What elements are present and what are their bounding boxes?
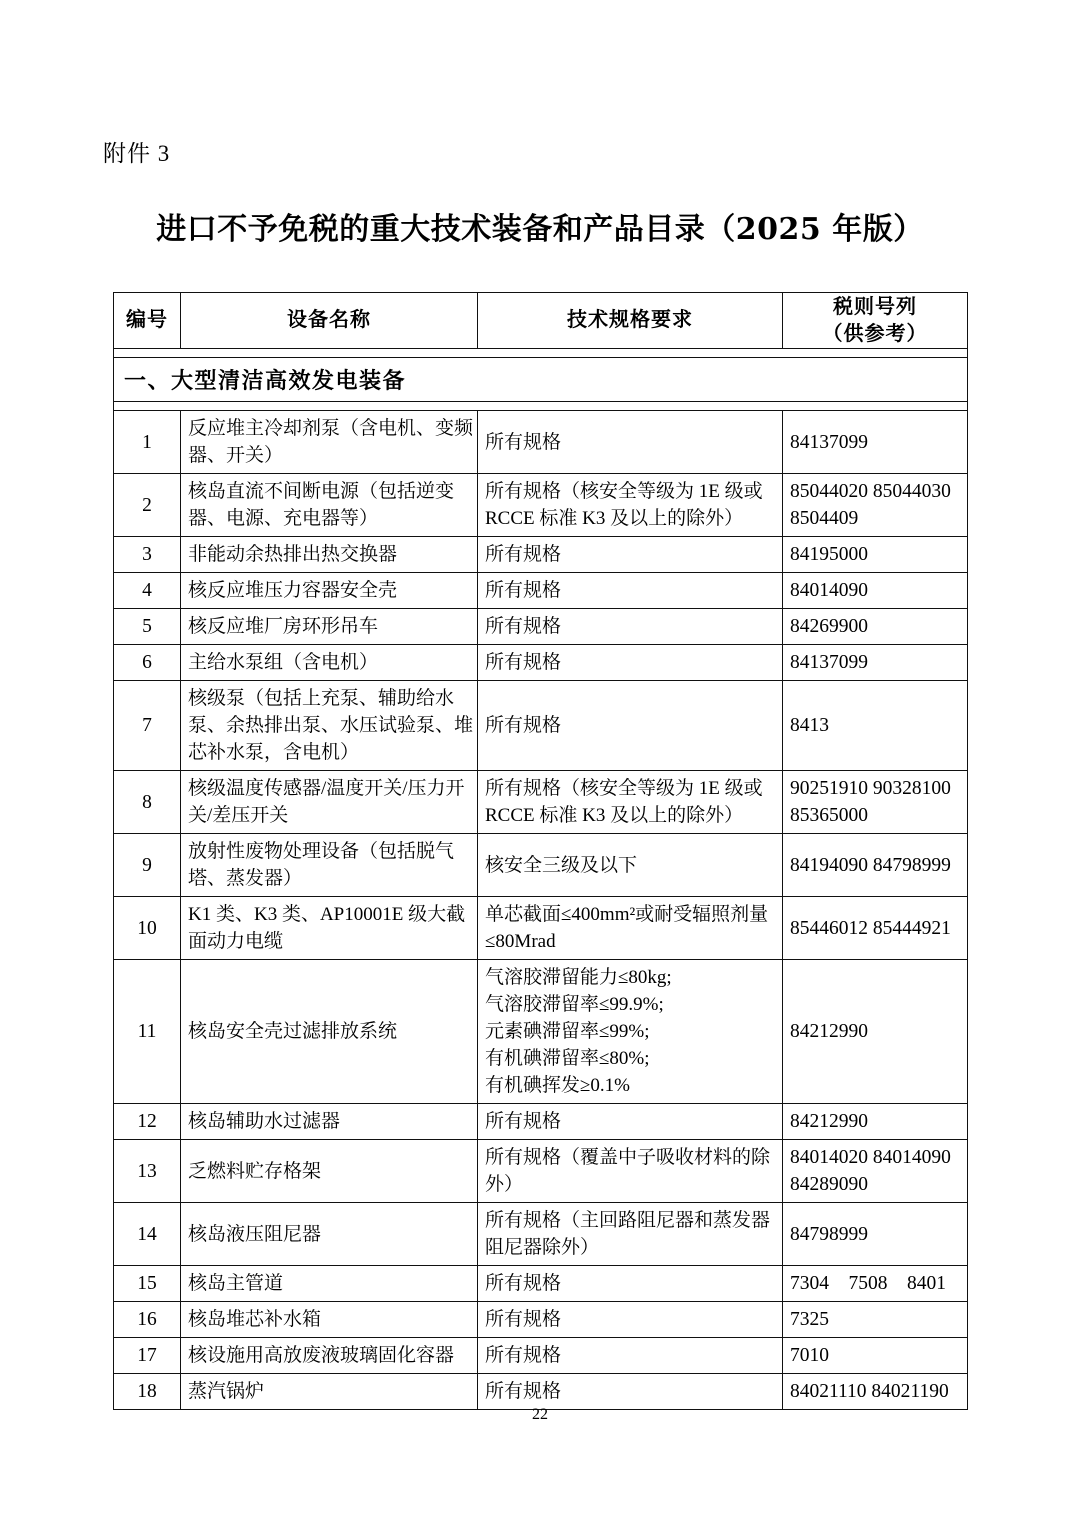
cell-tariff: 7325 [783, 1302, 968, 1338]
header-section-divider [114, 349, 968, 358]
cell-name: 核反应堆厂房环形吊车 [181, 609, 478, 645]
cell-no: 15 [114, 1266, 181, 1302]
table-row: 6主给水泵组（含电机）所有规格84137099 [114, 645, 968, 681]
cell-no: 4 [114, 573, 181, 609]
cell-name: 核岛堆芯补水箱 [181, 1302, 478, 1338]
table-row: 15核岛主管道所有规格7304 7508 8401 [114, 1266, 968, 1302]
cell-name: K1 类、K3 类、AP10001E 级大截面动力电缆 [181, 897, 478, 960]
cell-no: 18 [114, 1374, 181, 1410]
cell-no: 7 [114, 681, 181, 771]
table-row: 18蒸汽锅炉所有规格84021110 84021190 [114, 1374, 968, 1410]
cell-tariff: 84212990 [783, 960, 968, 1104]
cell-tariff: 84137099 [783, 411, 968, 474]
cell-spec: 所有规格 [478, 1266, 783, 1302]
document-page: { "page": { "attachment_label": "附件 3", … [0, 0, 1080, 1527]
cell-spec: 所有规格 [478, 411, 783, 474]
table-row: 16核岛堆芯补水箱所有规格7325 [114, 1302, 968, 1338]
cell-spec: 所有规格 [478, 1374, 783, 1410]
section-title: 一、大型清洁高效发电装备 [114, 358, 968, 402]
cell-spec: 所有规格 [478, 537, 783, 573]
cell-name: 核设施用高放废液玻璃固化容器 [181, 1338, 478, 1374]
cell-tariff: 8413 [783, 681, 968, 771]
cell-tariff: 7010 [783, 1338, 968, 1374]
table-row: 9放射性废物处理设备（包括脱气塔、蒸发器）核安全三级及以下84194090 84… [114, 834, 968, 897]
cell-tariff: 84269900 [783, 609, 968, 645]
cell-spec: 所有规格 [478, 573, 783, 609]
cell-name: 蒸汽锅炉 [181, 1374, 478, 1410]
cell-no: 6 [114, 645, 181, 681]
cell-name: 核级温度传感器/温度开关/压力开关/差压开关 [181, 771, 478, 834]
cell-tariff: 84195000 [783, 537, 968, 573]
cell-name: 核岛安全壳过滤排放系统 [181, 960, 478, 1104]
cell-no: 11 [114, 960, 181, 1104]
cell-name: 核岛主管道 [181, 1266, 478, 1302]
header-spec: 技术规格要求 [478, 293, 783, 349]
table-row: 4核反应堆压力容器安全壳所有规格84014090 [114, 573, 968, 609]
table-body: 编号 设备名称 技术规格要求 税则号列 （供参考） 一、大型清洁高效发电装备 1… [114, 293, 968, 1410]
cell-tariff: 84137099 [783, 645, 968, 681]
table-row: 3非能动余热排出热交换器所有规格84195000 [114, 537, 968, 573]
cell-tariff: 84194090 84798999 [783, 834, 968, 897]
table-row: 2核岛直流不间断电源（包括逆变器、电源、充电器等）所有规格（核安全等级为 1E … [114, 474, 968, 537]
cell-no: 14 [114, 1203, 181, 1266]
cell-tariff: 84014090 [783, 573, 968, 609]
cell-no: 2 [114, 474, 181, 537]
cell-no: 1 [114, 411, 181, 474]
cell-spec: 气溶胶滞留能力≤80kg; 气溶胶滞留率≤99.9%; 元素碘滞留率≤99%; … [478, 960, 783, 1104]
cell-name: 核岛直流不间断电源（包括逆变器、电源、充电器等） [181, 474, 478, 537]
cell-tariff: 84212990 [783, 1104, 968, 1140]
cell-tariff: 7304 7508 8401 [783, 1266, 968, 1302]
cell-spec: 所有规格 [478, 681, 783, 771]
table-row: 5核反应堆厂房环形吊车所有规格84269900 [114, 609, 968, 645]
header-tariff: 税则号列 （供参考） [783, 293, 968, 349]
cell-name: 非能动余热排出热交换器 [181, 537, 478, 573]
cell-no: 17 [114, 1338, 181, 1374]
catalog-table: 编号 设备名称 技术规格要求 税则号列 （供参考） 一、大型清洁高效发电装备 1… [113, 292, 968, 1410]
cell-tariff: 85446012 85444921 [783, 897, 968, 960]
table-row: 10K1 类、K3 类、AP10001E 级大截面动力电缆单芯截面≤400mm²… [114, 897, 968, 960]
header-name: 设备名称 [181, 293, 478, 349]
cell-no: 12 [114, 1104, 181, 1140]
cell-no: 16 [114, 1302, 181, 1338]
section-row: 一、大型清洁高效发电装备 [114, 358, 968, 402]
cell-name: 乏燃料贮存格架 [181, 1140, 478, 1203]
table-row: 7核级泵（包括上充泵、辅助给水泵、余热排出泵、水压试验泵、堆芯补水泵，含电机）所… [114, 681, 968, 771]
cell-name: 主给水泵组（含电机） [181, 645, 478, 681]
cell-no: 9 [114, 834, 181, 897]
cell-spec: 所有规格 [478, 1104, 783, 1140]
cell-tariff: 84021110 84021190 [783, 1374, 968, 1410]
cell-spec: 所有规格（主回路阻尼器和蒸发器阻尼器除外） [478, 1203, 783, 1266]
cell-no: 8 [114, 771, 181, 834]
table-row: 1反应堆主冷却剂泵（含电机、变频器、开关）所有规格84137099 [114, 411, 968, 474]
table-row: 17核设施用高放废液玻璃固化容器所有规格7010 [114, 1338, 968, 1374]
table-row: 13乏燃料贮存格架所有规格（覆盖中子吸收材料的除外）84014020 84014… [114, 1140, 968, 1203]
cell-spec: 单芯截面≤400mm²或耐受辐照剂量≤80Mrad [478, 897, 783, 960]
divider-cell [114, 349, 968, 358]
divider-cell [114, 402, 968, 411]
cell-name: 核岛液压阻尼器 [181, 1203, 478, 1266]
table-row: 12核岛辅助水过滤器所有规格84212990 [114, 1104, 968, 1140]
table-row: 8核级温度传感器/温度开关/压力开关/差压开关所有规格（核安全等级为 1E 级或… [114, 771, 968, 834]
page-number: 22 [0, 1406, 1080, 1424]
cell-no: 13 [114, 1140, 181, 1203]
cell-tariff: 84798999 [783, 1203, 968, 1266]
cell-spec: 所有规格（覆盖中子吸收材料的除外） [478, 1140, 783, 1203]
cell-spec: 所有规格 [478, 645, 783, 681]
cell-spec: 所有规格（核安全等级为 1E 级或 RCCE 标准 K3 及以上的除外） [478, 474, 783, 537]
cell-name: 核岛辅助水过滤器 [181, 1104, 478, 1140]
cell-spec: 所有规格 [478, 609, 783, 645]
document-title: 进口不予免税的重大技术装备和产品目录（2025 年版） [0, 204, 1080, 248]
cell-no: 10 [114, 897, 181, 960]
cell-no: 3 [114, 537, 181, 573]
cell-name: 核反应堆压力容器安全壳 [181, 573, 478, 609]
table-row: 14核岛液压阻尼器所有规格（主回路阻尼器和蒸发器阻尼器除外）84798999 [114, 1203, 968, 1266]
table-header-row: 编号 设备名称 技术规格要求 税则号列 （供参考） [114, 293, 968, 349]
section-body-divider [114, 402, 968, 411]
cell-tariff: 90251910 90328100 85365000 [783, 771, 968, 834]
header-no: 编号 [114, 293, 181, 349]
cell-tariff: 84014020 84014090 84289090 [783, 1140, 968, 1203]
cell-spec: 所有规格 [478, 1338, 783, 1374]
cell-name: 核级泵（包括上充泵、辅助给水泵、余热排出泵、水压试验泵、堆芯补水泵，含电机） [181, 681, 478, 771]
cell-spec: 核安全三级及以下 [478, 834, 783, 897]
cell-no: 5 [114, 609, 181, 645]
cell-name: 放射性废物处理设备（包括脱气塔、蒸发器） [181, 834, 478, 897]
table-row: 11核岛安全壳过滤排放系统气溶胶滞留能力≤80kg; 气溶胶滞留率≤99.9%;… [114, 960, 968, 1104]
cell-tariff: 85044020 85044030 8504409 [783, 474, 968, 537]
cell-name: 反应堆主冷却剂泵（含电机、变频器、开关） [181, 411, 478, 474]
attachment-label: 附件 3 [103, 135, 170, 168]
cell-spec: 所有规格 [478, 1302, 783, 1338]
cell-spec: 所有规格（核安全等级为 1E 级或 RCCE 标准 K3 及以上的除外） [478, 771, 783, 834]
